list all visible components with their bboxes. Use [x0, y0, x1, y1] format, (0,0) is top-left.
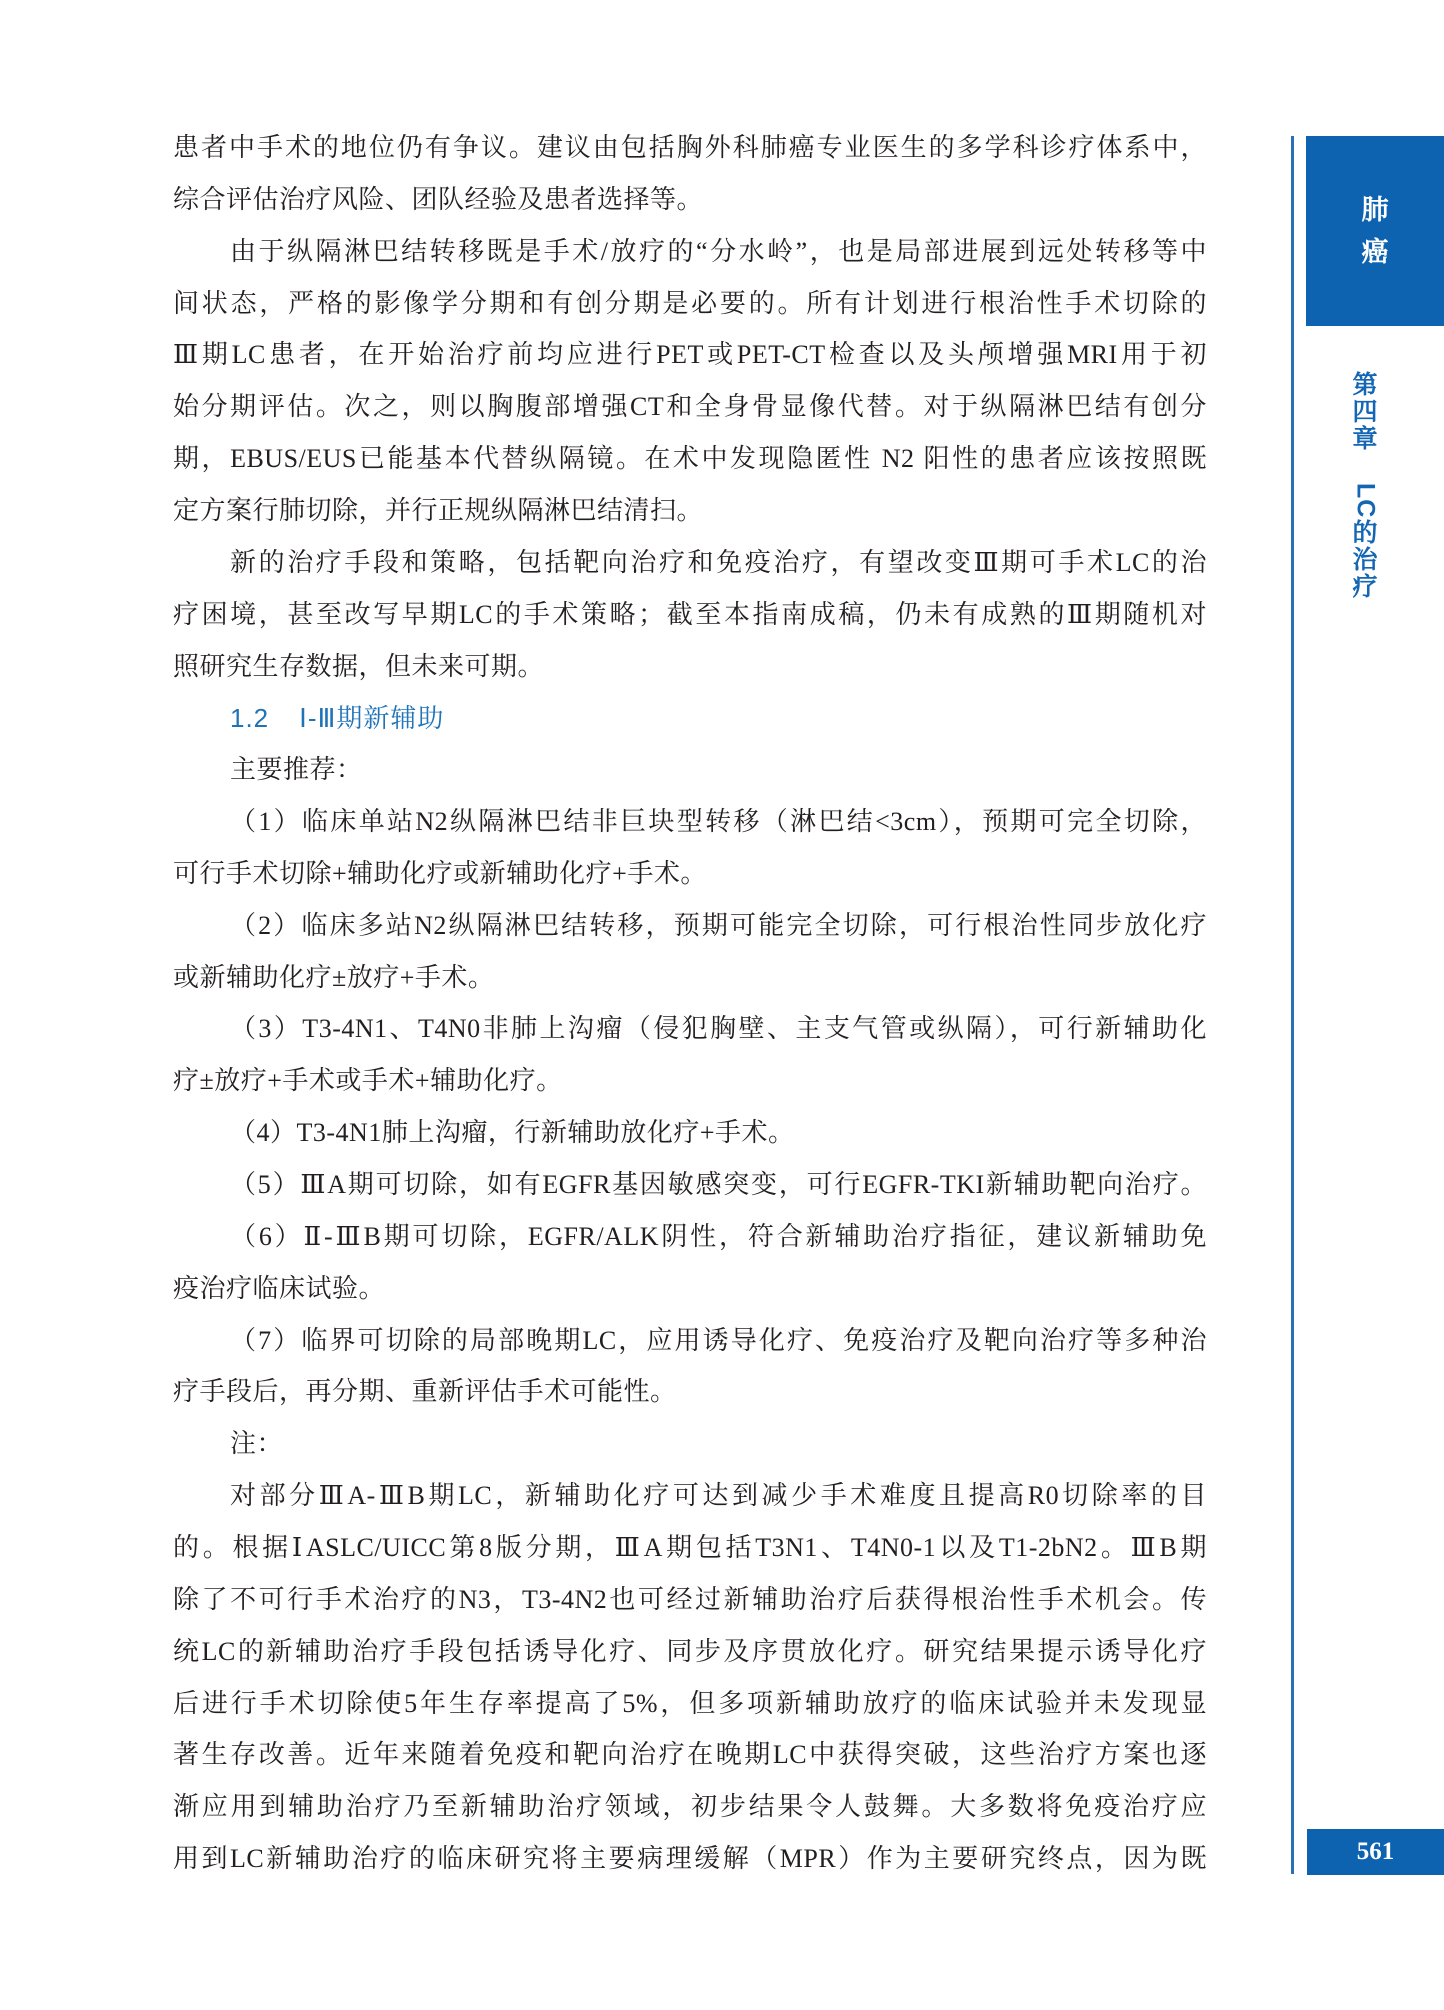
text-line: 新的治疗手段和策略，包括靶向治疗和免疫治疗，有望改变Ⅲ期可手术LC的治 — [230, 537, 1207, 589]
text-line: 综合评估治疗风险、团队经验及患者选择等。 — [173, 174, 1207, 226]
text-line: （1）临床单站N2纵隔淋巴结非巨块型转移（淋巴结<3cm），预期可完全切除， — [230, 796, 1207, 848]
section-title: Ⅰ-Ⅲ期新辅助 — [299, 703, 444, 733]
text-line: 著生存改善。近年来随着免疫和靶向治疗在晚期LC中获得突破，这些治疗方案也逐 — [173, 1729, 1207, 1781]
text-line: 后进行手术切除使5年生存率提高了5%，但多项新辅助放疗的临床试验并未发现显 — [173, 1678, 1207, 1730]
text-line: 始分期评估。次之，则以胸腹部增强CT和全身骨显像代替。对于纵隔淋巴结有创分 — [173, 381, 1207, 433]
chapter-char: 的 — [1352, 520, 1377, 547]
text-line: （4）T3-4N1肺上沟瘤，行新辅助放化疗+手术。 — [230, 1107, 1207, 1159]
margin-rule — [1291, 136, 1294, 1874]
text-line: 疗困境，甚至改写早期LC的手术策略；截至本指南成稿，仍未有成熟的Ⅲ期随机对 — [173, 589, 1207, 641]
text-line: 的。根据ⅠASLC/UICC第8版分期，ⅢA期包括T3N1、T4N0-1以及T1… — [173, 1522, 1207, 1574]
text-line: 统LC的新辅助治疗手段包括诱导化疗、同步及序贯放化疗。研究结果提示诱导化疗 — [173, 1626, 1207, 1678]
chapter-char: 治 — [1352, 547, 1377, 574]
text-line: 注： — [230, 1418, 1207, 1470]
text-line: 定方案行肺切除，并行正规纵隔淋巴结清扫。 — [173, 485, 1207, 537]
text-line: 可行手术切除+辅助化疗或新辅助化疗+手术。 — [173, 848, 1207, 900]
text-line: 对部分ⅢA-ⅢB期LC，新辅助化疗可达到减少手术难度且提高R0切除率的目 — [230, 1470, 1207, 1522]
text-line: 用到LC新辅助治疗的临床研究将主要病理缓解（MPR）作为主要研究终点，因为既 — [173, 1833, 1207, 1885]
text-line: 或新辅助化疗±放疗+手术。 — [173, 952, 1207, 1004]
text-line: 患者中手术的地位仍有争议。建议由包括胸外科肺癌专业医生的多学科诊疗体系中， — [173, 122, 1207, 174]
text-line: 疗±放疗+手术或手术+辅助化疗。 — [173, 1055, 1207, 1107]
text-line: （3）T3-4N1、T4N0非肺上沟瘤（侵犯胸壁、主支气管或纵隔），可行新辅助化 — [230, 1003, 1207, 1055]
text-line: （6）Ⅱ-ⅢB期可切除，EGFR/ALK阴性，符合新辅助治疗指征，建议新辅助免 — [230, 1211, 1207, 1263]
text-line: （7）临界可切除的局部晚期LC，应用诱导化疗、免疫治疗及靶向治疗等多种治 — [230, 1315, 1207, 1367]
chapter-char: 第 — [1352, 372, 1377, 399]
page-number-box: 561 — [1307, 1829, 1444, 1875]
text-line: 渐应用到辅助治疗乃至新辅助治疗领域，初步结果令人鼓舞。大多数将免疫治疗应 — [173, 1781, 1207, 1833]
text-line: （2）临床多站N2纵隔淋巴结转移，预期可能完全切除，可行根治性同步放化疗 — [230, 900, 1207, 952]
chapter-latin: LC — [1352, 483, 1379, 518]
text-line: 除了不可行手术治疗的N3，T3-4N2也可经过新辅助治疗后获得根治性手术机会。传 — [173, 1574, 1207, 1626]
book-tab-char: 肺 — [1362, 189, 1389, 231]
section-number: 1.2 — [230, 703, 269, 733]
document-page: 肺 癌 第 四 章 LC 的 治 疗 561 患者中手术的地位仍有争议。建议由包… — [0, 0, 1444, 2010]
page-number: 561 — [1357, 1838, 1395, 1866]
text-line: 由于纵隔淋巴结转移既是手术/放疗的“分水岭”，也是局部进展到远处转移等中 — [230, 226, 1207, 278]
text-line: Ⅲ期LC患者，在开始治疗前均应进行PET或PET-CT检查以及头颅增强MRI用于… — [173, 329, 1207, 381]
chapter-label: 第 四 章 LC 的 治 疗 — [1340, 372, 1390, 601]
text-line: 间状态，严格的影像学分期和有创分期是必要的。所有计划进行根治性手术切除的 — [173, 278, 1207, 330]
chapter-char: 疗 — [1352, 574, 1377, 601]
section-heading: 1.2Ⅰ-Ⅲ期新辅助 — [230, 692, 444, 744]
text-line: 主要推荐： — [230, 744, 1207, 796]
book-tab-char: 癌 — [1362, 231, 1389, 273]
text-line: 照研究生存数据，但未来可期。 — [173, 641, 1207, 693]
book-tab: 肺 癌 — [1306, 136, 1444, 326]
text-line: 疫治疗临床试验。 — [173, 1263, 1207, 1315]
chapter-char: 章 — [1352, 426, 1377, 453]
chapter-char: 四 — [1352, 399, 1377, 426]
text-line: （5）ⅢA期可切除，如有EGFR基因敏感突变，可行EGFR-TKI新辅助靶向治疗… — [230, 1159, 1207, 1211]
text-line: 疗手段后，再分期、重新评估手术可能性。 — [173, 1366, 1207, 1418]
text-line: 期，EBUS/EUS已能基本代替纵隔镜。在术中发现隐匿性 N2 阳性的患者应该按… — [173, 433, 1207, 485]
